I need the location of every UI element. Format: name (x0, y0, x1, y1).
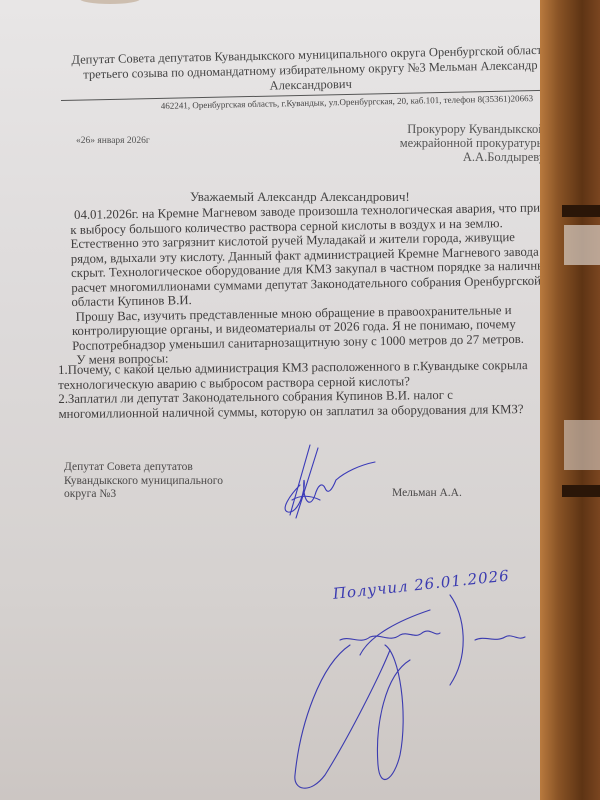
table-highlight (564, 420, 600, 470)
paper-shadow (80, 0, 140, 4)
wooden-table-edge (540, 0, 600, 800)
recipient-line-3: А.А.Болдыреву (385, 150, 545, 164)
signature-scribble-icon (270, 440, 380, 530)
letter-body: 04.01.2026г. на Кремне Магневом заводе п… (70, 200, 552, 367)
receipt-signature-icon (290, 575, 550, 795)
recipient-block: Прокурору Кувандыкской межрайонной проку… (385, 122, 545, 164)
signatory-name: Мельман А.А. (392, 487, 462, 499)
table-highlight (564, 225, 600, 265)
table-shadow-band (562, 485, 600, 497)
letter-paper: Депутат Совета депутатов Кувандыкского м… (0, 0, 582, 800)
questions-list: 1.Почему, с какой целью администрация КМ… (58, 358, 529, 421)
paragraph-1: 04.01.2026г. на Кремне Магневом заводе п… (70, 200, 552, 309)
signature-title-line-1: Депутат Совета депутатов (64, 461, 223, 475)
signature-title-line-2: Кувандыкского муниципального (64, 475, 223, 489)
handwritten-receipt-note: Получил 26.01.2026 (290, 575, 550, 795)
recipient-line-1: Прокурору Кувандыкской (385, 122, 545, 136)
signature-title-line-3: округа №3 (64, 488, 223, 502)
recipient-line-2: межрайонной прокуратуры (385, 136, 545, 150)
signature-title-block: Депутат Совета депутатов Кувандыкского м… (64, 461, 223, 502)
table-shadow-band (562, 205, 600, 217)
letterhead: Депутат Совета депутатов Кувандыкского м… (60, 43, 561, 114)
letter-date: «26» января 2026г (76, 136, 150, 146)
